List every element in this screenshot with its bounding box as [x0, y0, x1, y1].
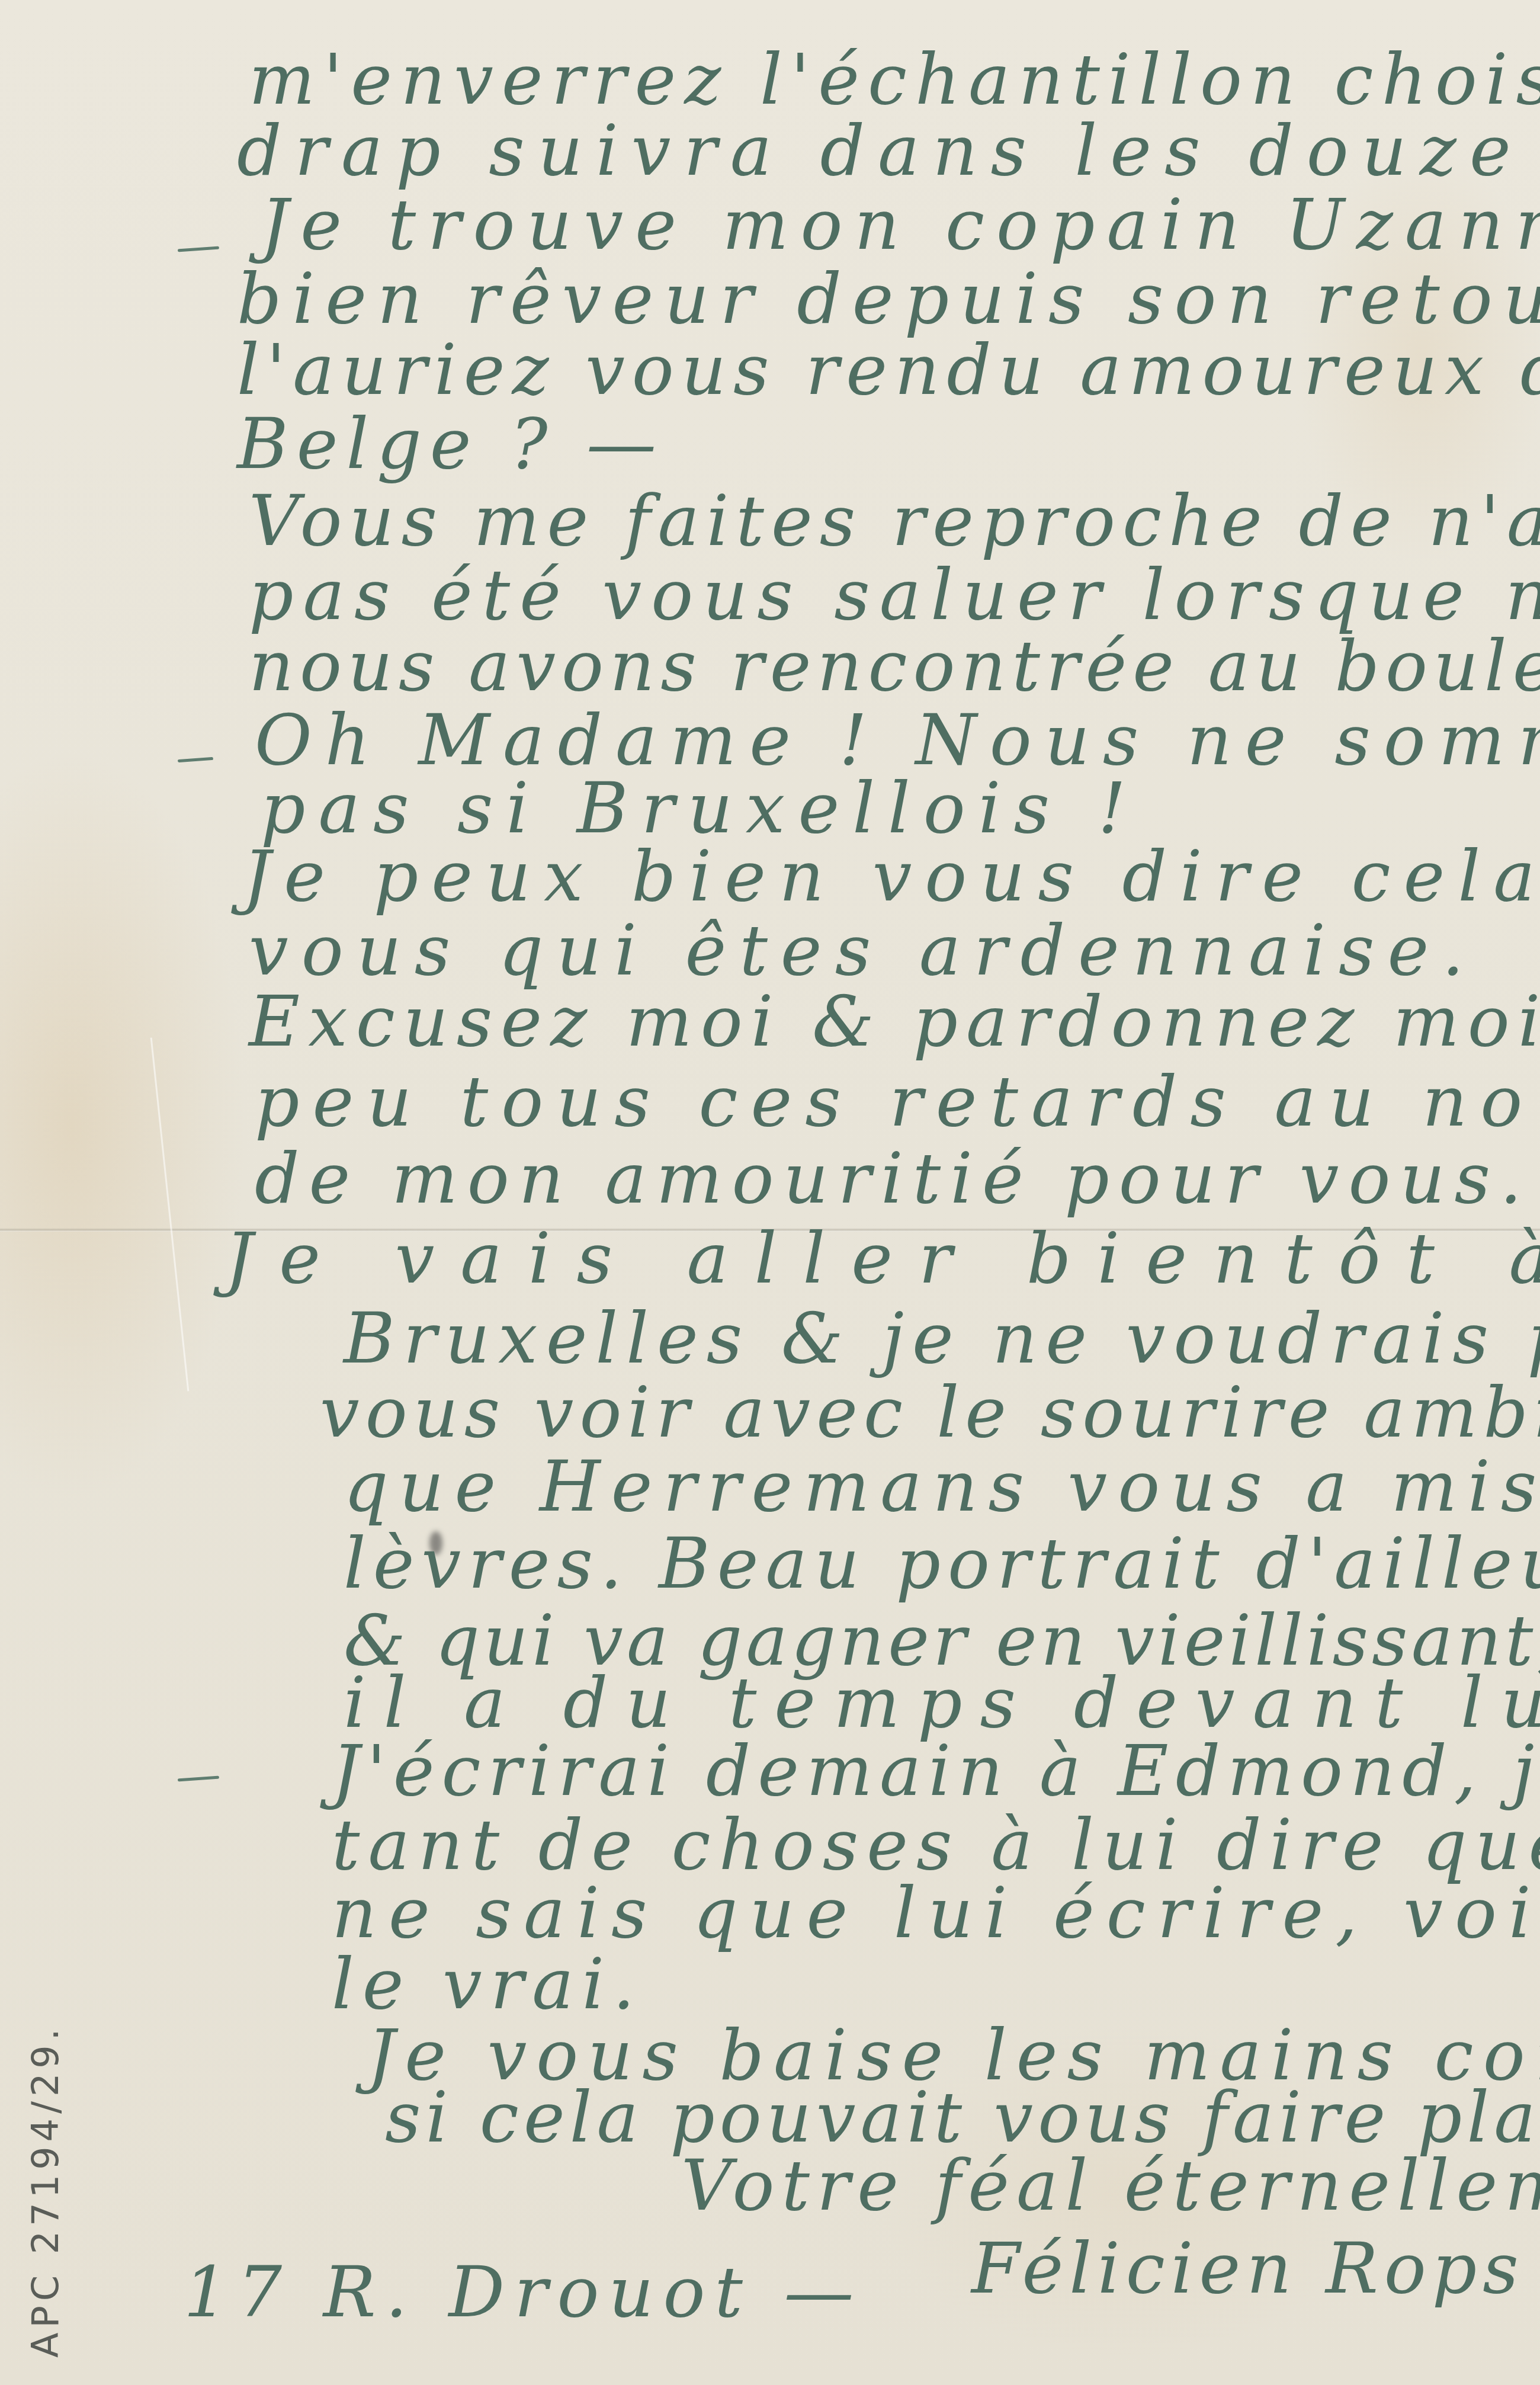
letter-line: peu tous ces retards au nom: [255, 1066, 1540, 1136]
letter-line: vous voir avec le sourire ambigu: [320, 1377, 1540, 1447]
letter-line: de mon amouritié pour vous.: [255, 1143, 1532, 1213]
letter-page: m'enverrez l'échantillon choisi & le dra…: [0, 0, 1540, 2385]
letter-line: tant de choses à lui dire que je: [332, 1810, 1540, 1880]
letter-line: nous avons rencontrée au boulevard.: [249, 631, 1540, 701]
letter-line: bien rêveur depuis son retour,: [237, 264, 1540, 334]
letter-line: Belge ? —: [237, 409, 665, 479]
letter-line: si cela pouvait vous faire plaisir: [385, 2082, 1540, 2152]
letter-line: Je trouve mon copain Uzanne: [261, 190, 1540, 259]
letter-line: pas été vous saluer lorsque nous: [249, 560, 1540, 630]
letter-line: Vous me faites reproche de n'avoir: [249, 486, 1540, 556]
letter-line: l'auriez vous rendu amoureux d'une: [237, 335, 1540, 405]
letter-line: Excusez moi & pardonnez moi un: [249, 986, 1540, 1056]
letter-line: pas si Bruxellois !: [261, 773, 1139, 843]
sender-address: 17 R. Drouot —: [184, 2257, 864, 2327]
letter-line: le vrai.: [332, 1949, 643, 2019]
letter-line: vous qui êtes ardennaise.: [249, 915, 1477, 985]
letter-line: Oh Madame ! Nous ne sommes: [255, 705, 1540, 775]
letter-line: drap suivra dans les douze heures.: [237, 116, 1540, 185]
paper-crease: [150, 1037, 190, 1391]
letter-line: lèvres. Beau portrait d'ailleurs: [344, 1528, 1540, 1598]
letter-line: il a du temps devant lui.: [344, 1668, 1540, 1738]
margin-dash: [178, 1776, 219, 1782]
margin-dash: [178, 246, 219, 252]
letter-line: m'enverrez l'échantillon choisi & le: [249, 44, 1540, 114]
letter-line: J'écrirai demain à Edmond, j'ai: [332, 1736, 1540, 1806]
letter-line: Bruxelles & je ne voudrais pas: [344, 1303, 1540, 1373]
letter-line: Je vais aller bientôt à: [225, 1223, 1540, 1293]
margin-dash: [178, 757, 213, 762]
letter-line: Je peux bien vous dire cela à: [243, 841, 1540, 911]
archive-number: APC 27194/29.: [24, 2024, 67, 2358]
letter-line: que Herremans vous a mis aux: [344, 1451, 1540, 1521]
letter-line: Votre féal éternellement: [681, 2150, 1540, 2220]
signature: Félicien Rops: [971, 2233, 1525, 2303]
letter-line: ne sais que lui écrire, voilà: [332, 1878, 1540, 1948]
